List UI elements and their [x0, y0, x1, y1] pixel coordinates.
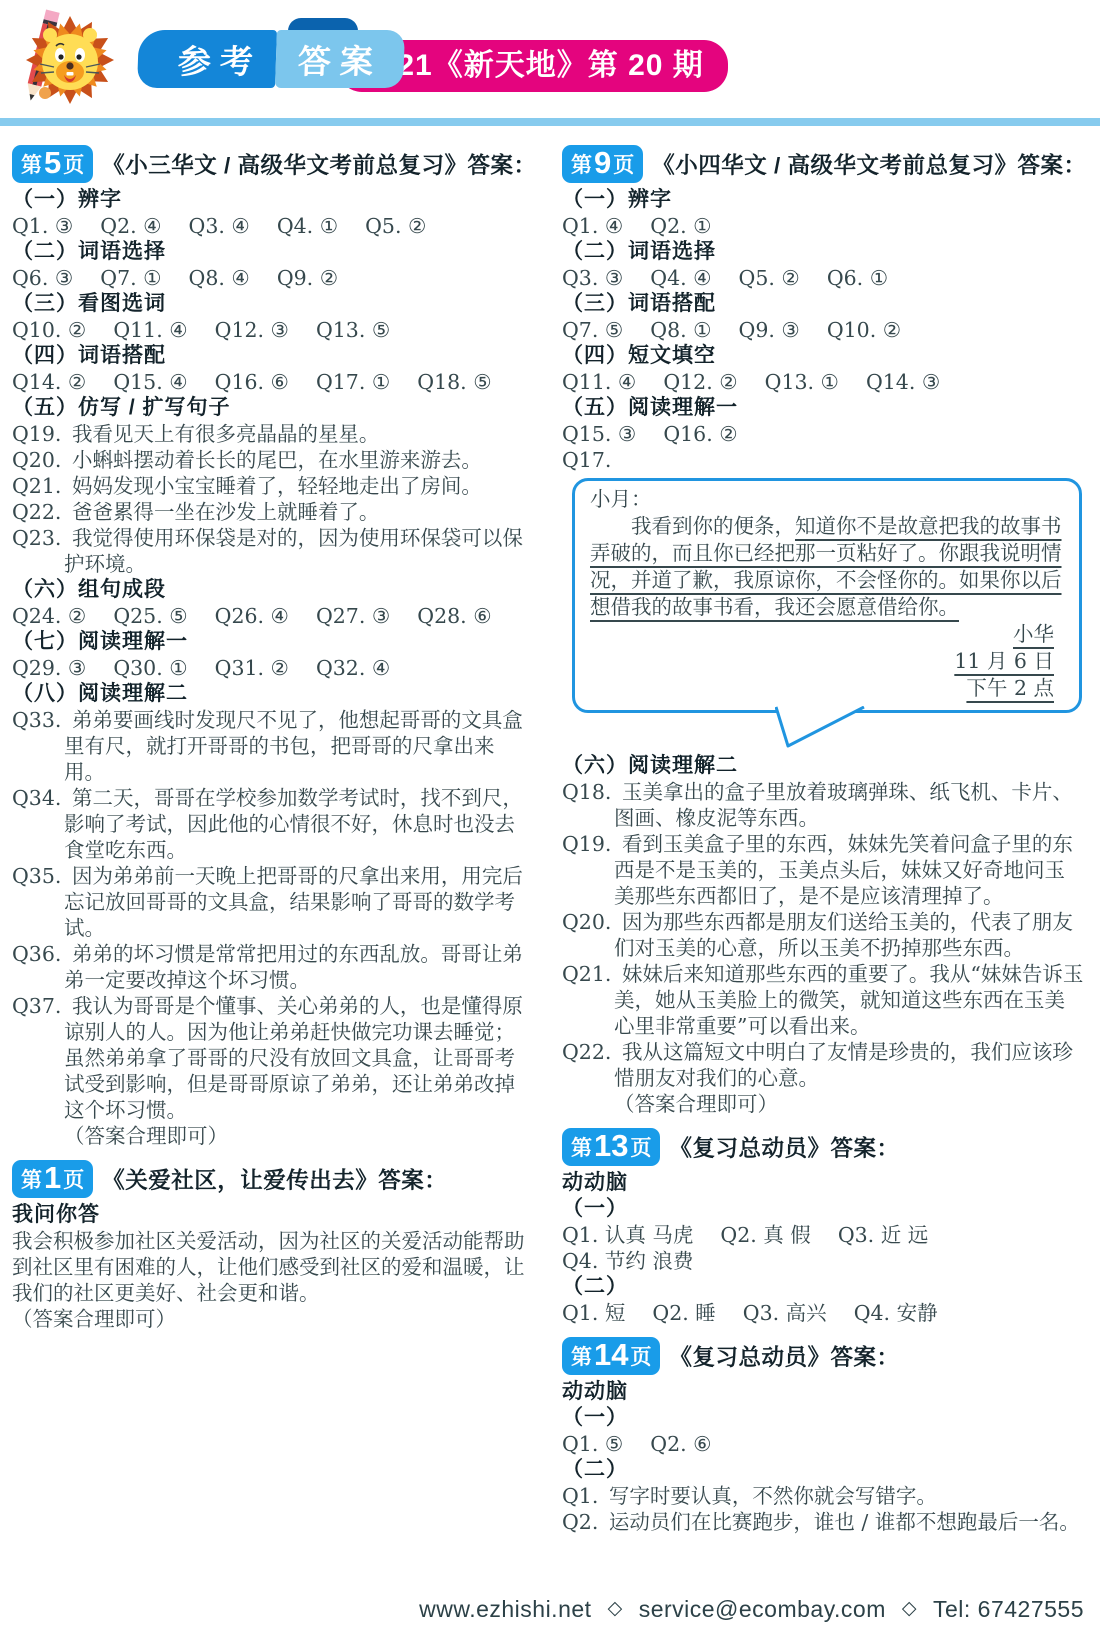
note: （答案合理即可） [12, 1123, 534, 1149]
footer-website: www.ezhishi.net [419, 1596, 591, 1623]
note-body: 我看到你的便条，知道你不是故意把我的故事书弄破的，而且你已经把那一页粘好了。你跟… [590, 513, 1064, 621]
subsection-heading: （三）看图选词 [12, 291, 534, 317]
subsection-heading: （二） [562, 1457, 1084, 1483]
answer-item: Q21. 妈妈发现小宝宝睡着了，轻轻地走出了房间。 [12, 473, 534, 499]
subsection-heading: （六）阅读理解二 [562, 753, 1084, 779]
badge-number: 14 [592, 1337, 630, 1373]
subsection-heading: （七）阅读理解一 [12, 629, 534, 655]
question-number: Q35. [12, 864, 65, 888]
page-footer: www.ezhishi.net ◇ service@ecombay.com ◇ … [419, 1596, 1084, 1623]
section-header-page13: 第13页 《复习总动员》答案： [562, 1128, 1084, 1166]
question-number: Q22. [12, 500, 65, 524]
answer-row: Q3. ③ Q4. ④ Q5. ② Q6. ① [562, 265, 1084, 291]
question-number: Q20. [12, 448, 65, 472]
subsection-heading: 我问你答 [12, 1202, 534, 1228]
subsection-heading: 动动脑 [562, 1170, 1084, 1196]
answer-item: Q20. 因为那些东西都是朋友们送给玉美的，代表了朋友们对玉美的心意，所以玉美不… [562, 909, 1084, 961]
answer-item: Q19. 我看见天上有很多亮晶晶的星星。 [12, 421, 534, 447]
question-number: Q22. [562, 1040, 615, 1064]
subsection-heading: （一） [562, 1405, 1084, 1431]
answer-sheet-page: 参考 答案 2021《新天地》第 20 期 第5页 《小三华文 / 高级华文考前… [0, 0, 1100, 1535]
q17-note-bubble: 小月： 我看到你的便条，知道你不是故意把我的故事书弄破的，而且你已经把那一页粘好… [572, 478, 1082, 713]
answer-row: Q6. ③ Q7. ① Q8. ④ Q9. ② [12, 265, 534, 291]
subsection-heading: （一）辨字 [562, 187, 1084, 213]
subsection-heading: （四）词语搭配 [12, 343, 534, 369]
subsection-heading: （二）词语选择 [12, 239, 534, 265]
answer-item: Q22. 我从这篇短文中明白了友情是珍贵的，我们应该珍惜朋友对我们的心意。 [562, 1039, 1084, 1091]
answer-item: Q33. 弟弟要画线时发现尺不见了，他想起哥哥的文具盒里有尺，就打开哥哥的书包，… [12, 707, 534, 785]
answer-row: Q4. 节约 浪费 [562, 1248, 1084, 1274]
answer-item: Q21. 妹妹后来知道那些东西的重要了。我从“妹妹告诉玉美，她从玉美脸上的微笑，… [562, 961, 1084, 1039]
badge-prefix: 第 [571, 1132, 592, 1162]
content-columns: 第5页 《小三华文 / 高级华文考前总复习》答案： （一）辨字Q1. ③ Q2.… [0, 126, 1100, 1535]
answer-item: Q22. 爸爸累得一坐在沙发上就睡着了。 [12, 499, 534, 525]
question-number: Q19. [12, 422, 65, 446]
note-signature: 小华 [1013, 621, 1054, 648]
note: （答案合理即可） [562, 1091, 1084, 1117]
diamond-separator-icon: ◇ [608, 1597, 623, 1620]
badge-number: 5 [42, 145, 63, 181]
section-title: 《关爱社区，让爱传出去》答案： [102, 1163, 447, 1195]
answer-row: Q1. ⑤ Q2. ⑥ [562, 1431, 1084, 1457]
question-number: Q1. [562, 1484, 602, 1508]
footer-phone: Tel: 67427555 [933, 1596, 1084, 1623]
answer-item: Q35. 因为弟弟前一天晚上把哥哥的尺拿出来用，用完后忘记放回哥哥的文具盒，结果… [12, 863, 534, 941]
badge-prefix: 第 [21, 1164, 42, 1194]
subsection-heading: （六）组句成段 [12, 577, 534, 603]
answer-item: Q36. 弟弟的坏习惯是常常把用过的东西乱放。哥哥让弟弟一定要改掉这个坏习惯。 [12, 941, 534, 993]
banner-left-label: 参考 [137, 30, 277, 88]
subsection-heading: 动动脑 [562, 1379, 1084, 1405]
left-column: 第5页 《小三华文 / 高级华文考前总复习》答案： （一）辨字Q1. ③ Q2.… [12, 134, 534, 1535]
answer-row: Q1. 认真 马虎 Q2. 真 假 Q3. 近 远 [562, 1222, 1084, 1248]
section-header-page9: 第9页 《小四华文 / 高级华文考前总复习》答案： [562, 145, 1084, 183]
question-number: Q21. [12, 474, 65, 498]
badge-prefix: 第 [21, 149, 42, 179]
answer-item: Q19. 看到玉美盒子里的东西，妹妹先笑着问盒子里的东西是不是玉美的，玉美点头后… [562, 831, 1084, 909]
answer-item: Q37. 我认为哥哥是个懂事、关心弟弟的人，也是懂得原谅别人的人。因为他让弟弟赶… [12, 993, 534, 1123]
note-body-plain: 我看到你的便条， [631, 514, 795, 538]
answer-item: Q1. 写字时要认真，不然你就会写错字。 [562, 1483, 1084, 1509]
section-title: 《小四华文 / 高级华文考前总复习》答案： [652, 148, 1086, 180]
badge-prefix: 第 [571, 149, 592, 179]
banner-right-label: 答案 [275, 30, 405, 88]
section-title: 《复习总动员》答案： [669, 1340, 899, 1372]
answer-row: Q1. ④ Q2. ① [562, 213, 1084, 239]
question-number: Q21. [562, 962, 615, 986]
page-number-badge: 第5页 [12, 145, 93, 183]
badge-suffix: 页 [63, 1164, 84, 1194]
question-number: Q34. [12, 786, 65, 810]
badge-number: 13 [592, 1128, 630, 1164]
note-signature-block: 小华 11 月 6 日 下午 2 点 [590, 621, 1064, 702]
subsection-heading: （一）辨字 [12, 187, 534, 213]
right-column: 第9页 《小四华文 / 高级华文考前总复习》答案： （一）辨字Q1. ④ Q2.… [562, 134, 1084, 1535]
answer-row: Q24. ② Q25. ⑤ Q26. ④ Q27. ③ Q28. ⑥ [12, 603, 534, 629]
subsection-heading: （五）仿写 / 扩写句子 [12, 395, 534, 421]
section-title: 《小三华文 / 高级华文考前总复习》答案： [102, 148, 536, 180]
speech-bubble-tail [775, 706, 867, 748]
question-number: Q2. [562, 1510, 602, 1534]
footer-email: service@ecombay.com [639, 1596, 886, 1623]
question-number: Q37. [12, 994, 65, 1018]
subsection-heading: （二） [562, 1274, 1084, 1300]
answer-item: Q2. 运动员们在比赛跑步，谁也 / 谁都不想跑最后一名。 [562, 1509, 1084, 1535]
subsection-heading: （二）词语选择 [562, 239, 1084, 265]
answer-item: Q20. 小蝌蚪摆动着长长的尾巴，在水里游来游去。 [12, 447, 534, 473]
note: （答案合理即可） [12, 1306, 534, 1332]
page-number-badge: 第9页 [562, 145, 643, 183]
section-blocks: （六）阅读理解二Q18. 玉美拿出的盒子里放着玻璃弹珠、纸飞机、卡片、图画、橡皮… [562, 753, 1084, 1117]
question-number: Q20. [562, 910, 615, 934]
badge-number: 1 [42, 1160, 63, 1196]
answer-row: Q14. ② Q15. ④ Q16. ⑥ Q17. ① Q18. ⑤ [12, 369, 534, 395]
question-number: Q18. [562, 780, 615, 804]
section-blocks: 动动脑（一）Q1. ⑤ Q2. ⑥（二）Q1. 写字时要认真，不然你就会写错字。… [562, 1379, 1084, 1535]
section-blocks: （一）辨字Q1. ④ Q2. ①（二）词语选择Q3. ③ Q4. ④ Q5. ②… [562, 187, 1084, 473]
answer-paragraph: 我会积极参加社区关爱活动，因为社区的关爱活动能帮助到社区里有困难的人，让他们感受… [12, 1228, 534, 1306]
badge-suffix: 页 [63, 149, 84, 179]
section-blocks: 我问你答我会积极参加社区关爱活动，因为社区的关爱活动能帮助到社区里有困难的人，让… [12, 1202, 534, 1332]
answer-row: Q7. ⑤ Q8. ① Q9. ③ Q10. ② [562, 317, 1084, 343]
answer-row: Q10. ② Q11. ④ Q12. ③ Q13. ⑤ [12, 317, 534, 343]
question-number: Q36. [12, 942, 65, 966]
subsection-heading: （五）阅读理解一 [562, 395, 1084, 421]
note-salutation: 小月： [590, 486, 1064, 513]
section-header-page1: 第1页 《关爱社区，让爱传出去》答案： [12, 1160, 534, 1198]
section-header-page14: 第14页 《复习总动员》答案： [562, 1337, 1084, 1375]
section-blocks: （一）辨字Q1. ③ Q2. ④ Q3. ④ Q4. ① Q5. ②（二）词语选… [12, 187, 534, 1149]
note-time: 下午 2 点 [966, 675, 1054, 702]
answer-row: Q29. ③ Q30. ① Q31. ② Q32. ④ [12, 655, 534, 681]
answer-row: Q15. ③ Q16. ② [562, 421, 1084, 447]
section-header-page5: 第5页 《小三华文 / 高级华文考前总复习》答案： [12, 145, 534, 183]
badge-suffix: 页 [630, 1341, 651, 1371]
question-number: Q33. [12, 708, 65, 732]
page-number-badge: 第13页 [562, 1128, 660, 1166]
question-number: Q19. [562, 832, 615, 856]
answer-row: Q1. ③ Q2. ④ Q3. ④ Q4. ① Q5. ② [12, 213, 534, 239]
badge-suffix: 页 [630, 1132, 651, 1162]
page-number-badge: 第1页 [12, 1160, 93, 1198]
subsection-heading: （一） [562, 1196, 1084, 1222]
subsection-heading: （三）词语搭配 [562, 291, 1084, 317]
answer-item: Q23. 我觉得使用环保袋是对的，因为使用环保袋可以保护环境。 [12, 525, 534, 577]
subsection-heading: （四）短文填空 [562, 343, 1084, 369]
page-header: 参考 答案 2021《新天地》第 20 期 [0, 0, 1100, 118]
answer-row: Q17. [562, 447, 1084, 473]
lion-mascot-icon [12, 4, 118, 116]
badge-prefix: 第 [571, 1341, 592, 1371]
section-blocks: 动动脑（一）Q1. 认真 马虎 Q2. 真 假 Q3. 近 远Q4. 节约 浪费… [562, 1170, 1084, 1326]
subsection-heading: （八）阅读理解二 [12, 681, 534, 707]
question-number: Q23. [12, 526, 65, 550]
section-title: 《复习总动员》答案： [669, 1131, 899, 1163]
note-date: 11 月 6 日 [954, 648, 1054, 675]
answer-row: Q11. ④ Q12. ② Q13. ① Q14. ③ [562, 369, 1084, 395]
badge-suffix: 页 [613, 149, 634, 179]
header-divider-bar [0, 118, 1100, 126]
reference-answers-banner: 参考 答案 [138, 30, 404, 88]
diamond-separator-icon: ◇ [902, 1597, 917, 1620]
badge-number: 9 [592, 145, 613, 181]
page-number-badge: 第14页 [562, 1337, 660, 1375]
answer-item: Q18. 玉美拿出的盒子里放着玻璃弹珠、纸飞机、卡片、图画、橡皮泥等东西。 [562, 779, 1084, 831]
answer-row: Q1. 短 Q2. 睡 Q3. 高兴 Q4. 安静 [562, 1300, 1084, 1326]
answer-item: Q34. 第二天，哥哥在学校参加数学考试时，找不到尺，影响了考试，因此他的心情很… [12, 785, 534, 863]
